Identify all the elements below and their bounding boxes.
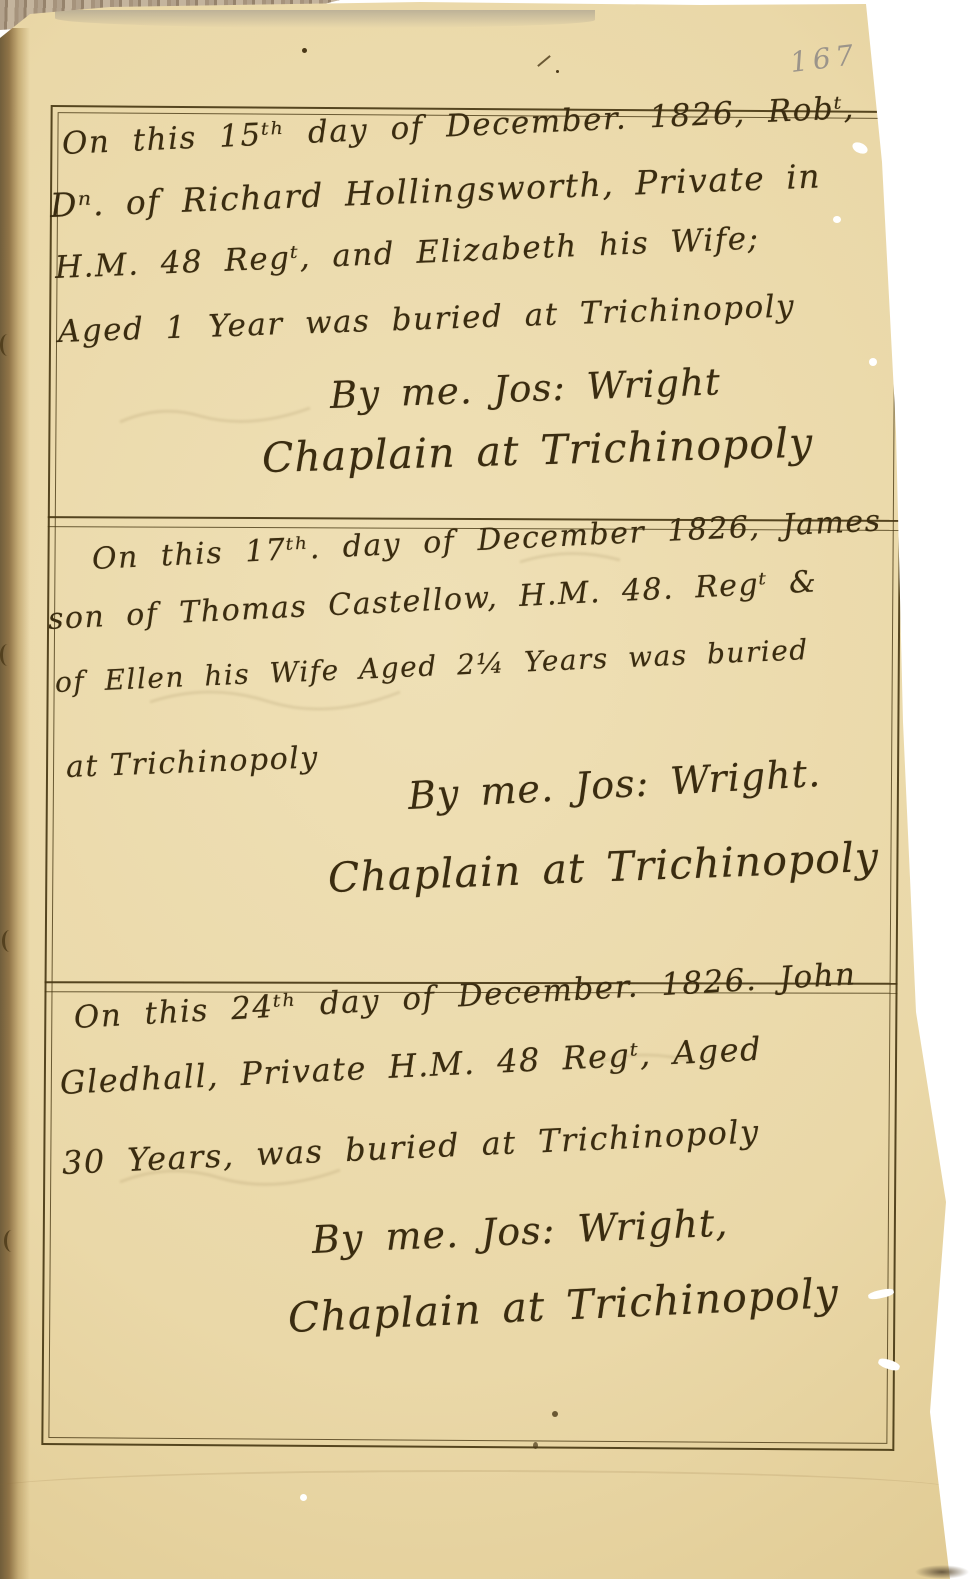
paper-hole	[869, 358, 877, 366]
ink-speck	[556, 70, 559, 73]
ink-speck	[302, 48, 307, 53]
ink-speck	[552, 1411, 558, 1417]
scanned-register-photo: 167 On this 15ᵗʰ day of December. 1826, …	[0, 0, 969, 1579]
register-page: 167 On this 15ᵗʰ day of December. 1826, …	[0, 2, 952, 1579]
corner-shadow	[915, 1565, 969, 1579]
ink-speck	[533, 1442, 538, 1449]
paper-hole	[833, 216, 841, 223]
paper-crease	[0, 1470, 960, 1516]
